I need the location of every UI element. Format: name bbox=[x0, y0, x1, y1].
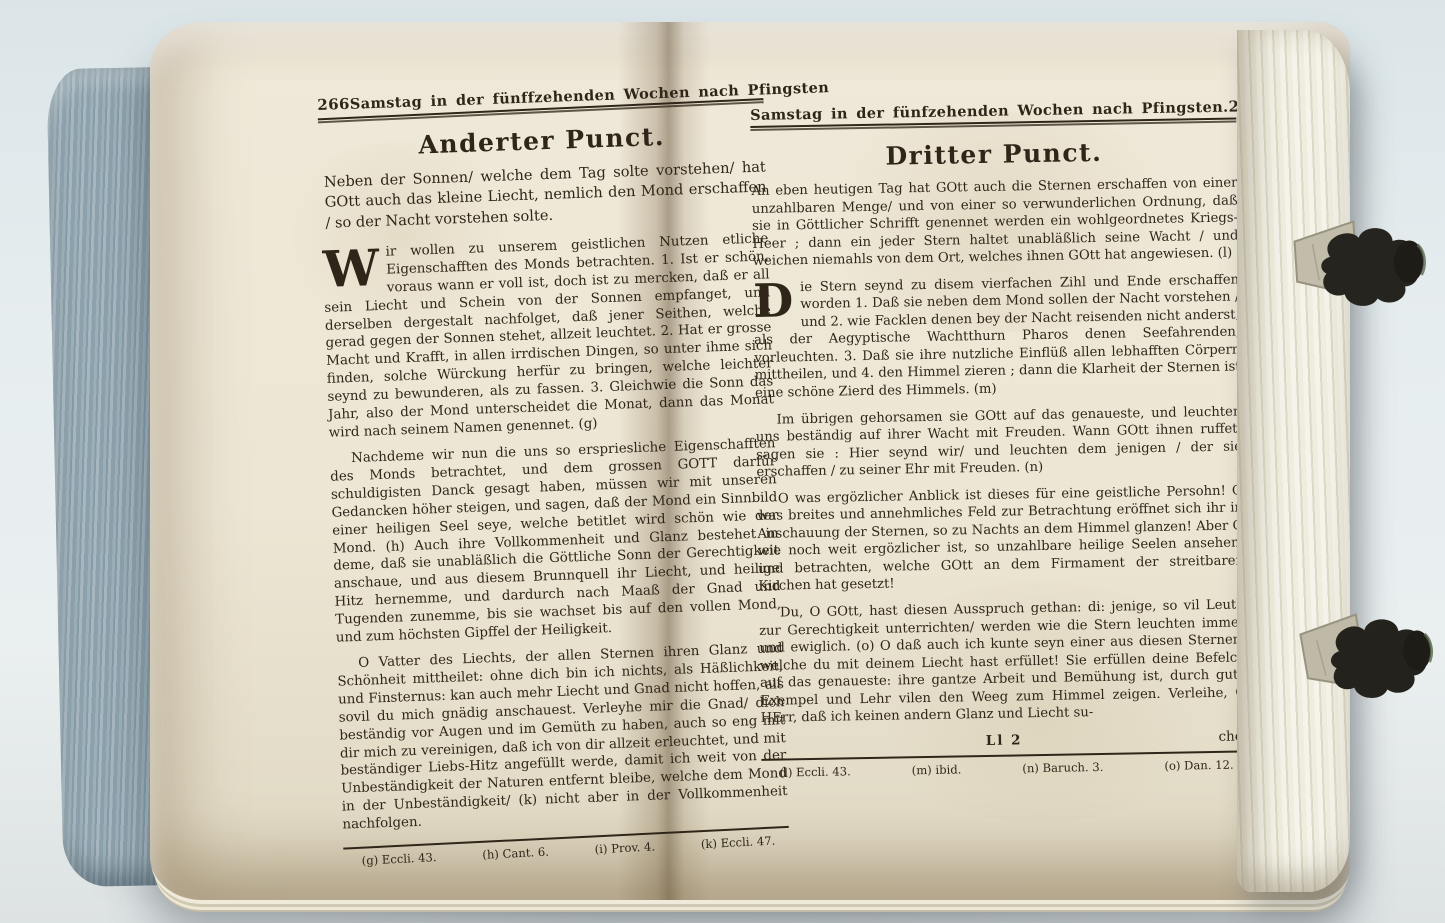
paragraph: An eben heutigen Tag hat GOtt auch die S… bbox=[751, 175, 1238, 271]
page-number-left: 266 bbox=[317, 95, 350, 114]
open-pages: 266 Samstag in der fünffzehenden Wochen … bbox=[150, 22, 1350, 900]
paragraph-dropcap-right: Die Stern seynd zu disem vierfachen Zihl… bbox=[753, 271, 1241, 402]
section-heading-left: Anderter Punct. bbox=[318, 118, 765, 163]
paragraph-text: ir wollen zu unserem geistlichen Nutzen … bbox=[324, 232, 774, 441]
footnote: (i) Prov. 4. bbox=[594, 839, 655, 856]
signature-row: Ll 2 che, bbox=[761, 728, 1247, 752]
spacer bbox=[761, 748, 821, 749]
paragraph: O was ergözlicher Anblick ist dieses für… bbox=[757, 482, 1245, 596]
right-page: Samstag in der fünfzehenden Wochen nach … bbox=[750, 98, 1248, 780]
page-edges-right bbox=[1237, 30, 1350, 892]
paragraph: Du, O GOtt, hast diesen Ausspruch gethan… bbox=[759, 596, 1247, 727]
book: 266 Samstag in der fünffzehenden Wochen … bbox=[55, 8, 1350, 915]
paragraph: O Vatter des Liechts, der allen Sternen … bbox=[337, 641, 789, 835]
footnote: (o) Dan. 12. bbox=[1164, 758, 1233, 773]
left-page-body-text: Neben der Sonnen/ welche dem Tag solte v… bbox=[320, 157, 789, 834]
footnotes-right: (l) Eccli. 43. (m) ibid. (n) Baruch. 3. … bbox=[762, 757, 1248, 779]
footnote: (h) Cant. 6. bbox=[482, 844, 549, 861]
photo-of-open-antique-book: 266 Samstag in der fünffzehenden Wochen … bbox=[0, 0, 1445, 923]
paragraph-text: ie Stern seynd zu disem vierfachen Zihl … bbox=[754, 272, 1241, 401]
ornate-initial-W: W bbox=[322, 244, 387, 290]
footnote: (g) Eccli. 43. bbox=[361, 850, 436, 868]
section-heading-right: Dritter Punct. bbox=[751, 136, 1237, 173]
metal-clasp-top bbox=[1288, 201, 1442, 316]
metal-clasp-bottom bbox=[1295, 591, 1445, 706]
footnote: (n) Baruch. 3. bbox=[1022, 760, 1103, 775]
footnote: (l) Eccli. 43. bbox=[780, 764, 851, 779]
paragraph: Nachdeme wir nun die uns so ersprieslich… bbox=[329, 436, 782, 648]
intro-paragraph: Neben der Sonnen/ welche dem Tag solte v… bbox=[320, 157, 768, 234]
footnote: (k) Eccli. 47. bbox=[701, 833, 776, 851]
ornate-initial-D: D bbox=[753, 279, 801, 321]
paragraph: Im übrigen gehorsamen sie GOtt auf das g… bbox=[755, 403, 1242, 482]
footnote: (m) ibid. bbox=[912, 762, 962, 777]
gathering-signature: Ll 2 bbox=[821, 729, 1187, 751]
right-page-body-text: An eben heutigen Tag hat GOtt auch die S… bbox=[751, 175, 1246, 728]
left-page: 266 Samstag in der fünffzehenden Wochen … bbox=[317, 80, 790, 865]
paragraph-dropcap-left: Wir wollen zu unserem geistlichen Nutzen… bbox=[322, 231, 775, 443]
